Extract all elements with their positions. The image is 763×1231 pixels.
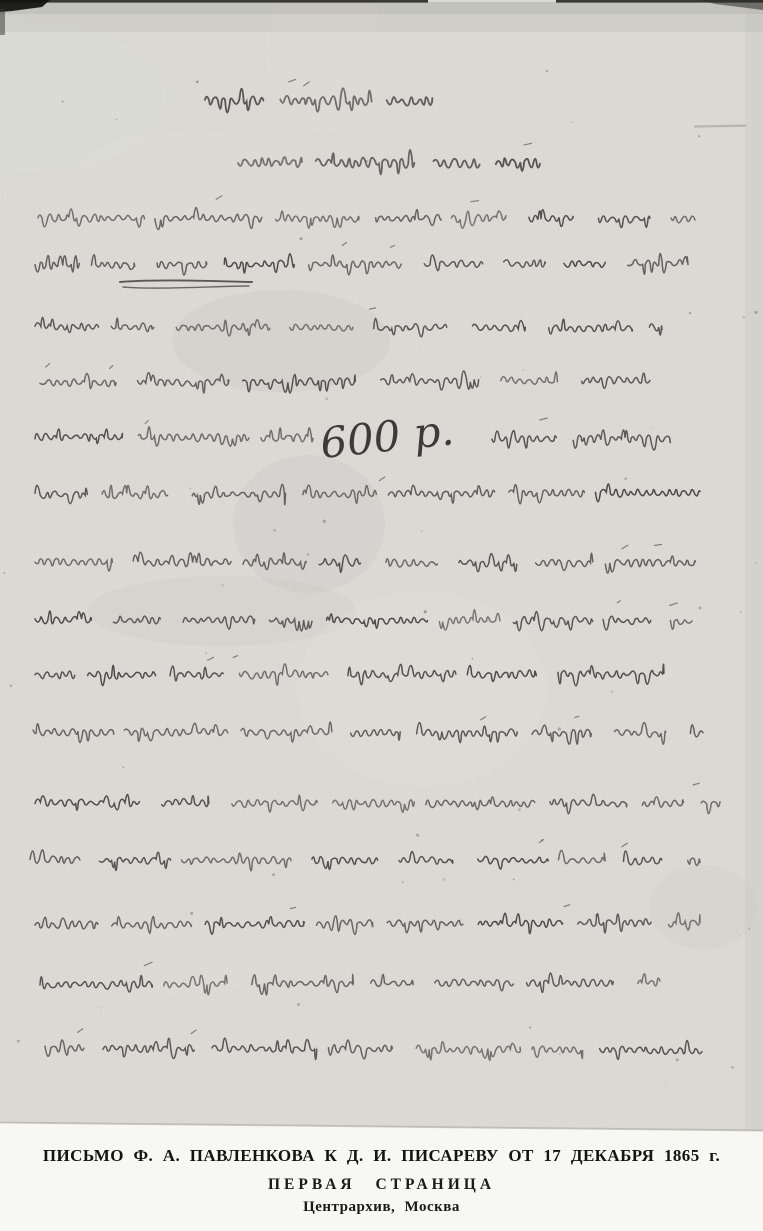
scanned-document-page: 600 р. ПИСЬМО Ф. А. ПАВЛЕНКОВА К Д. И. П… (0, 0, 763, 1231)
letter-photograph: 600 р. (0, 0, 763, 1136)
photo-caption: ПИСЬМО Ф. А. ПАВЛЕНКОВА К Д. И. ПИСАРЕВУ… (0, 1128, 763, 1231)
letter-photo-canvas: 600 р. (0, 0, 763, 1136)
caption-source: Центрархив, Москва (0, 1199, 763, 1216)
caption-subtitle: ПЕРВАЯ СТРАНИЦА (0, 1176, 763, 1194)
caption-title: ПИСЬМО Ф. А. ПАВЛЕНКОВА К Д. И. ПИСАРЕВУ… (0, 1146, 763, 1166)
